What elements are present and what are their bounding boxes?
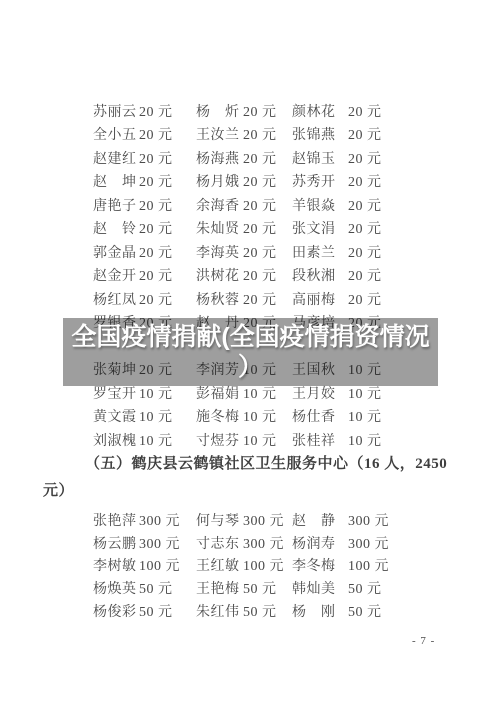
donation-amount: 50 元 — [348, 599, 382, 622]
section-heading-line2: 元） — [43, 478, 473, 505]
donation-amount: 20 元 — [139, 170, 173, 194]
donation-amount: 50 元 — [139, 599, 173, 622]
donation-amount: 20 元 — [348, 99, 382, 123]
donation-amount: 10 元 — [348, 405, 382, 429]
donation-amount: 20 元 — [243, 264, 277, 288]
donor-name: 张文涓 — [292, 217, 336, 241]
donation-row: 张艳萍300 元何与琴300 元赵 静300 元 — [0, 509, 500, 532]
donation-amount: 20 元 — [139, 146, 173, 170]
donor-name: 郭金晶 — [93, 240, 137, 264]
donor-name: 赵建红 — [93, 146, 137, 170]
donor-name: 颜林花 — [292, 99, 336, 123]
donor-name: 杨红凤 — [93, 287, 137, 311]
donation-row: 黄文霞10 元施冬梅10 元杨仕香10 元 — [0, 405, 500, 429]
donor-name: 杨俊彩 — [93, 599, 137, 622]
donation-row: 刘淑槐10 元寸煜芬10 元张桂祥10 元 — [0, 428, 500, 452]
donation-amount: 20 元 — [139, 287, 173, 311]
donor-name: 朱红伟 — [196, 599, 240, 622]
donor-name: 黄文霞 — [93, 405, 137, 429]
donation-amount: 20 元 — [243, 287, 277, 311]
donation-amount: 20 元 — [139, 217, 173, 241]
donor-name: 寸煜芬 — [196, 428, 240, 452]
donor-name: 赵锦玉 — [292, 146, 336, 170]
donation-list-section-b: 张艳萍300 元何与琴300 元赵 静300 元杨云鹏300 元寸志东300 元… — [0, 509, 500, 622]
document-page: 苏丽云20 元杨 炘20 元颜林花20 元全小五20 元王汝兰20 元张锦燕20… — [0, 0, 500, 706]
donor-name: 杨秋蓉 — [196, 287, 240, 311]
donation-amount: 20 元 — [348, 146, 382, 170]
donation-amount: 20 元 — [348, 240, 382, 264]
donor-name: 羊银焱 — [292, 193, 336, 217]
donor-name: 李海英 — [196, 240, 240, 264]
donation-row: 赵 铃20 元朱灿贤20 元张文涓20 元 — [0, 217, 500, 241]
donor-name: 苏丽云 — [93, 99, 137, 123]
donor-name: 王艳梅 — [196, 577, 240, 600]
donation-amount: 300 元 — [139, 532, 180, 555]
donation-row: 全小五20 元王汝兰20 元张锦燕20 元 — [0, 123, 500, 147]
donation-amount: 20 元 — [139, 264, 173, 288]
donor-name: 李冬梅 — [292, 554, 336, 577]
donor-name: 杨云鹏 — [93, 532, 137, 555]
donation-amount: 20 元 — [139, 123, 173, 147]
donor-name: 赵 铃 — [93, 217, 137, 241]
donor-name: 刘淑槐 — [93, 428, 137, 452]
donation-amount: 20 元 — [348, 193, 382, 217]
donation-amount: 100 元 — [139, 554, 180, 577]
donation-row: 杨焕英50 元王艳梅50 元韩灿美50 元 — [0, 577, 500, 600]
donation-amount: 20 元 — [139, 99, 173, 123]
donor-name: 杨 炘 — [196, 99, 240, 123]
donor-name: 李树敏 — [93, 554, 137, 577]
donation-row: 苏丽云20 元杨 炘20 元颜林花20 元 — [0, 99, 500, 123]
donation-amount: 10 元 — [348, 428, 382, 452]
overlay-title-line2: ） — [238, 352, 263, 382]
donation-amount: 20 元 — [139, 193, 173, 217]
donor-name: 张桂祥 — [292, 428, 336, 452]
donation-row: 杨红凤20 元杨秋蓉20 元高丽梅20 元 — [0, 287, 500, 311]
donor-name: 洪树花 — [196, 264, 240, 288]
donor-name: 杨海燕 — [196, 146, 240, 170]
donation-amount: 20 元 — [139, 240, 173, 264]
donation-amount: 50 元 — [243, 599, 277, 622]
donation-amount: 300 元 — [348, 509, 389, 532]
donation-row: 唐艳子20 元余海香20 元羊银焱20 元 — [0, 193, 500, 217]
donation-amount: 20 元 — [243, 170, 277, 194]
donor-name: 何与琴 — [196, 509, 240, 532]
donor-name: 杨仕香 — [292, 405, 336, 429]
donor-name: 杨月娥 — [196, 170, 240, 194]
donor-name: 余海香 — [196, 193, 240, 217]
donor-name: 全小五 — [93, 123, 137, 147]
donor-name: 杨焕英 — [93, 577, 137, 600]
donation-amount: 20 元 — [348, 123, 382, 147]
donation-amount: 20 元 — [243, 123, 277, 147]
donation-amount: 20 元 — [348, 170, 382, 194]
donor-name: 杨润寿 — [292, 532, 336, 555]
donation-row: 杨云鹏300 元寸志东300 元杨润寿300 元 — [0, 532, 500, 555]
donation-amount: 100 元 — [243, 554, 284, 577]
donation-row: 赵金开20 元洪树花20 元段秋湘20 元 — [0, 264, 500, 288]
donation-amount: 10 元 — [243, 428, 277, 452]
donor-name: 赵 静 — [292, 509, 336, 532]
page-number: - 7 - — [412, 635, 435, 647]
donation-amount: 20 元 — [243, 240, 277, 264]
donation-amount: 20 元 — [348, 217, 382, 241]
donation-row: 郭金晶20 元李海英20 元田素兰20 元 — [0, 240, 500, 264]
donor-name: 段秋湘 — [292, 264, 336, 288]
donor-name: 张艳萍 — [93, 509, 137, 532]
donation-row: 赵 坤20 元杨月娥20 元苏秀开20 元 — [0, 170, 500, 194]
donation-amount: 300 元 — [139, 509, 180, 532]
donation-amount: 10 元 — [243, 405, 277, 429]
donor-name: 田素兰 — [292, 240, 336, 264]
section-heading-line1: （五）鹤庆县云鹤镇社区卫生服务中心（16 人，2450 — [43, 451, 473, 478]
donation-amount: 10 元 — [139, 405, 173, 429]
donor-name: 王汝兰 — [196, 123, 240, 147]
donation-amount: 50 元 — [243, 577, 277, 600]
donor-name: 韩灿美 — [292, 577, 336, 600]
donor-name: 赵 坤 — [93, 170, 137, 194]
donation-amount: 300 元 — [348, 532, 389, 555]
donation-amount: 20 元 — [243, 146, 277, 170]
overlay-title-line1: 全国疫情捐献(全国疫情捐资情况 — [71, 322, 429, 352]
donation-amount: 20 元 — [243, 99, 277, 123]
donation-amount: 300 元 — [243, 532, 284, 555]
donation-list-section-a: 苏丽云20 元杨 炘20 元颜林花20 元全小五20 元王汝兰20 元张锦燕20… — [0, 99, 500, 452]
donation-amount: 300 元 — [243, 509, 284, 532]
donation-amount: 50 元 — [139, 577, 173, 600]
donation-amount: 20 元 — [348, 287, 382, 311]
donor-name: 王红敏 — [196, 554, 240, 577]
donor-name: 唐艳子 — [93, 193, 137, 217]
donor-name: 赵金开 — [93, 264, 137, 288]
donor-name: 施冬梅 — [196, 405, 240, 429]
donation-amount: 10 元 — [139, 428, 173, 452]
donation-row: 赵建红20 元杨海燕20 元赵锦玉20 元 — [0, 146, 500, 170]
donor-name: 朱灿贤 — [196, 217, 240, 241]
donor-name: 寸志东 — [196, 532, 240, 555]
donation-amount: 20 元 — [243, 193, 277, 217]
donation-row: 李树敏100 元王红敏100 元李冬梅100 元 — [0, 554, 500, 577]
donation-amount: 50 元 — [348, 577, 382, 600]
donor-name: 苏秀开 — [292, 170, 336, 194]
donor-name: 高丽梅 — [292, 287, 336, 311]
donation-amount: 20 元 — [348, 264, 382, 288]
donation-amount: 100 元 — [348, 554, 389, 577]
donor-name: 张锦燕 — [292, 123, 336, 147]
donation-row: 杨俊彩50 元朱红伟50 元杨 刚50 元 — [0, 599, 500, 622]
donation-amount: 20 元 — [243, 217, 277, 241]
section-heading: （五）鹤庆县云鹤镇社区卫生服务中心（16 人，2450 元） — [43, 451, 473, 505]
donor-name: 杨 刚 — [292, 599, 336, 622]
title-overlay-banner: 全国疫情捐献(全国疫情捐资情况 ） — [63, 318, 438, 386]
